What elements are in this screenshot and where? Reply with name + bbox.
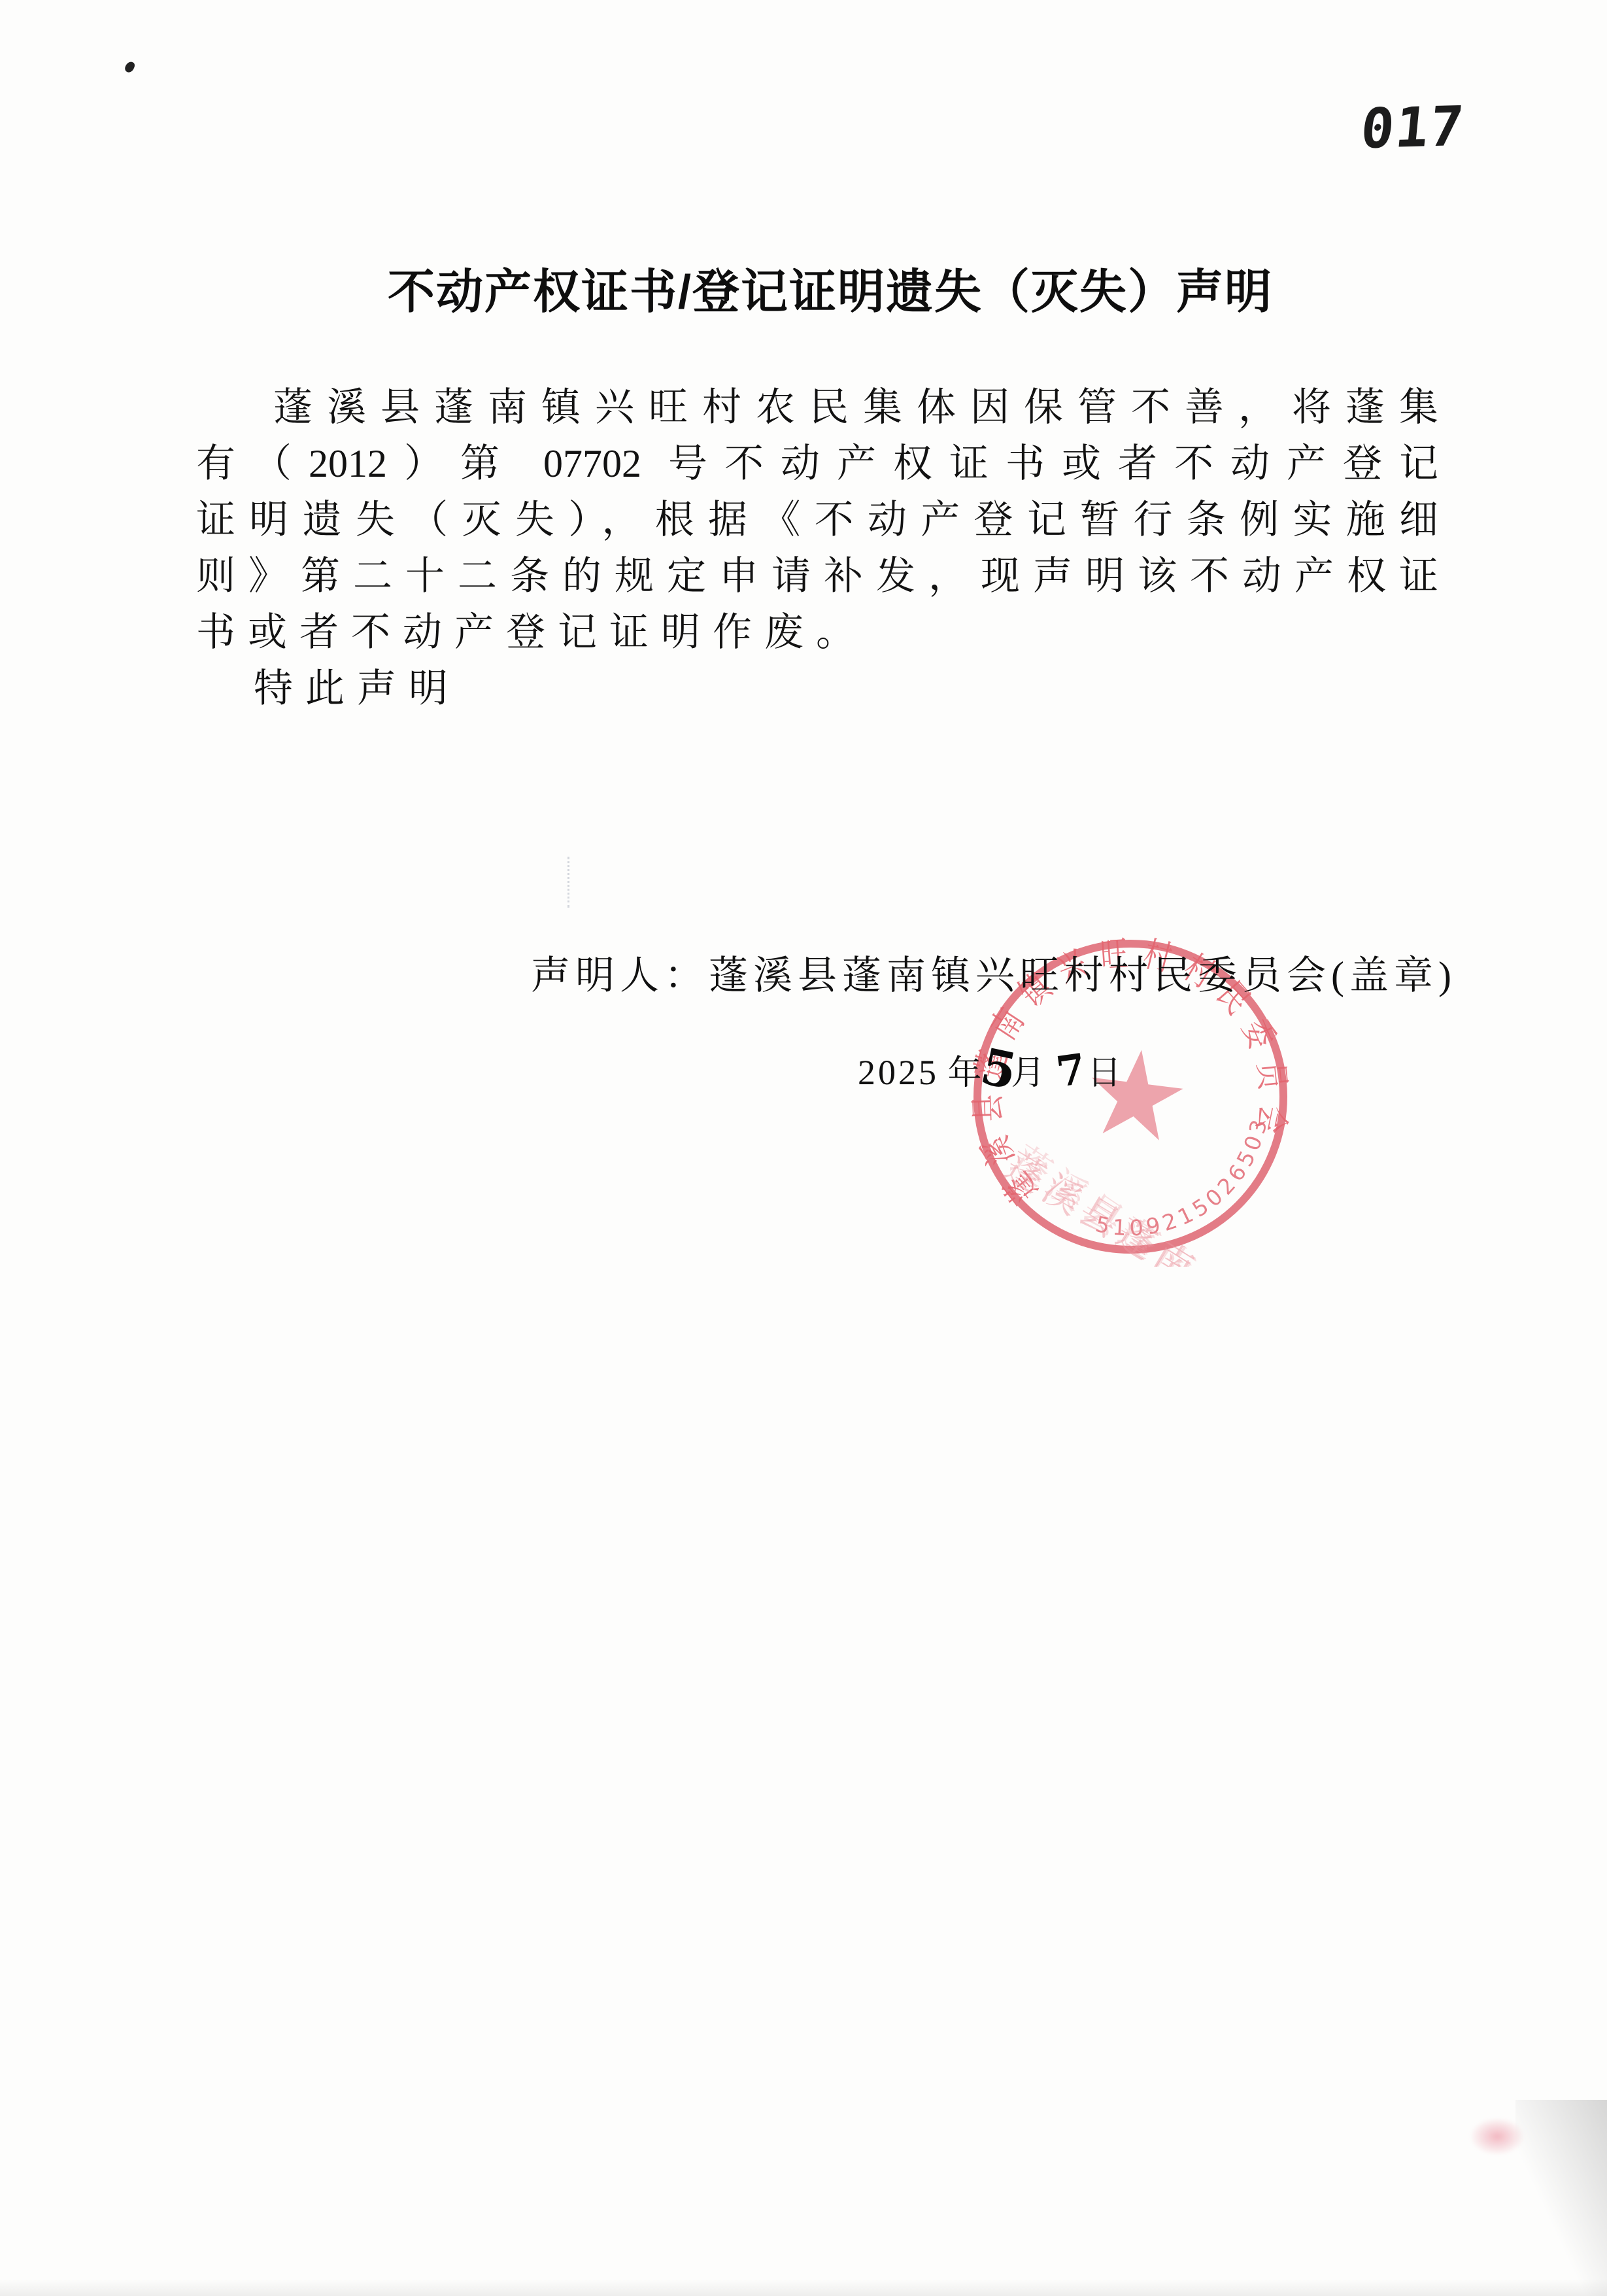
body-line-2: 有（2012）第 07702 号不动产权证书或者不动产登记 [196, 436, 1438, 492]
date-year: 2025 [858, 1053, 939, 1092]
ink-speck [124, 60, 136, 74]
body-line-5: 书或者不动产登记证明作废。 [196, 604, 1438, 660]
scan-corner-shadow [1515, 2100, 1607, 2296]
date-day-label: 日 [1087, 1055, 1124, 1092]
closing-line: 特此声明 [196, 660, 1438, 717]
declarant-line: 声明人：蓬溪县蓬南镇兴旺村村民委员会(盖章) [531, 944, 1457, 1001]
scan-bottom-edge-shadow [0, 2279, 1607, 2296]
body-line-1: 蓬溪县蓬南镇兴旺村农民集体因保管不善，将蓬集 [196, 379, 1438, 436]
body-paragraph: 蓬溪县蓬南镇兴旺村农民集体因保管不善，将蓬集 有（2012）第 07702 号不… [196, 379, 1438, 717]
scan-dotted-mark [567, 857, 569, 908]
document-title: 不动产权证书/登记证明遗失（灭失）声明 [196, 254, 1438, 322]
date-day-handwritten: 7 [1057, 1069, 1086, 1073]
date-line: 2025 年5月7日 [858, 1045, 1124, 1094]
body-line-3: 证明遗失（灭失），根据《不动产登记暂行条例实施细 [196, 492, 1438, 548]
date-month-handwritten: 5 [981, 1065, 1015, 1072]
scanned-document-page: 017 蓬溪县蓬南镇兴旺村村民委员会 5109215026503 蓬溪县蓬南 蓬… [0, 0, 1607, 2296]
page-number-stamp: 017 [1358, 94, 1468, 161]
body-line-4: 则》第二十二条的规定申请补发，现声明该不动产权证 [196, 548, 1438, 604]
